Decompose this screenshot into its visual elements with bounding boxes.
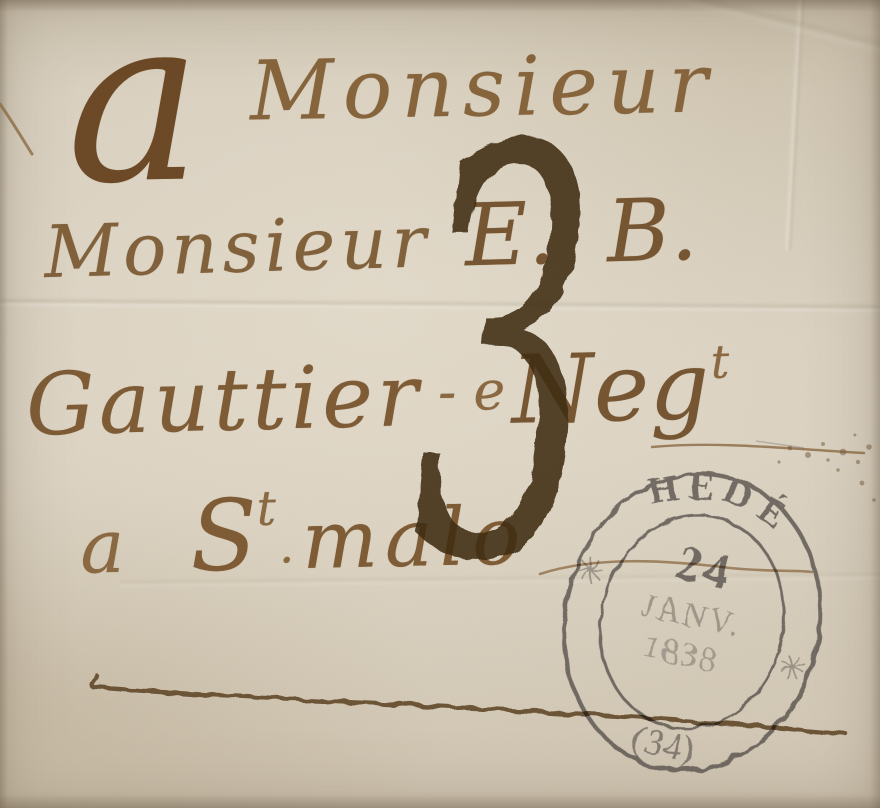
address-saint-dot: . bbox=[278, 522, 294, 570]
address-word-a: a bbox=[64, 0, 204, 216]
scratch-mark bbox=[756, 441, 804, 448]
postmark-town: HEDÉ bbox=[636, 450, 806, 545]
letter-sheet: aMonsieur MonsieurE.B. Gauttier- eNegt a… bbox=[0, 0, 880, 808]
address-city: malo bbox=[301, 496, 528, 581]
rosette-ornament-left: ✳ bbox=[576, 551, 605, 591]
address-connector-flourish: - e bbox=[437, 364, 506, 420]
address-line-2: MonsieurE.B. bbox=[43, 187, 699, 291]
address-line-4: aSt.malo bbox=[79, 481, 528, 588]
address-line-3: Gauttier- eNegt bbox=[25, 339, 731, 450]
bottom-ink-line bbox=[91, 676, 846, 734]
postmark-department: (34) bbox=[628, 717, 699, 772]
address-word-monsieur-2: Monsieur bbox=[43, 205, 432, 288]
address-saint-superscript: t bbox=[256, 485, 276, 533]
ink-specks bbox=[777, 434, 875, 502]
address-initial-1: E. bbox=[464, 191, 556, 279]
address-saint: S bbox=[189, 487, 258, 586]
city-tail-flourish bbox=[540, 561, 812, 574]
paper-crease-horizontal-upper bbox=[0, 297, 880, 313]
paper-edge-left bbox=[0, 0, 8, 808]
paper-edge-right bbox=[870, 0, 880, 808]
svg-text:HEDÉ: HEDÉ bbox=[636, 450, 806, 545]
postmark-day: 24 bbox=[671, 533, 738, 600]
address-surname: Gauttier bbox=[25, 353, 423, 449]
rosette-ornament-right: ✳ bbox=[771, 645, 815, 694]
address-profession-negociant: Neg bbox=[510, 340, 710, 439]
postmark-stamp: HEDÉ 24 JANV. 1838 (34) ✳ ✳ bbox=[533, 440, 851, 796]
address-word-a-2: a bbox=[79, 510, 125, 585]
postmark-year: 1838 bbox=[639, 627, 721, 680]
postmark-month: JANV. bbox=[638, 586, 745, 645]
address-initial-2: B. bbox=[606, 187, 699, 275]
address-profession-superscript: t bbox=[710, 338, 730, 384]
postmark-outer-ring bbox=[535, 448, 850, 795]
paper-edge-bottom bbox=[0, 794, 880, 808]
postmark-inner-ring bbox=[579, 497, 804, 746]
negociant-underline-flourish bbox=[652, 445, 864, 453]
address-word-monsieur-1: Monsieur bbox=[249, 43, 717, 133]
paper-crease-vertical bbox=[783, 0, 805, 250]
